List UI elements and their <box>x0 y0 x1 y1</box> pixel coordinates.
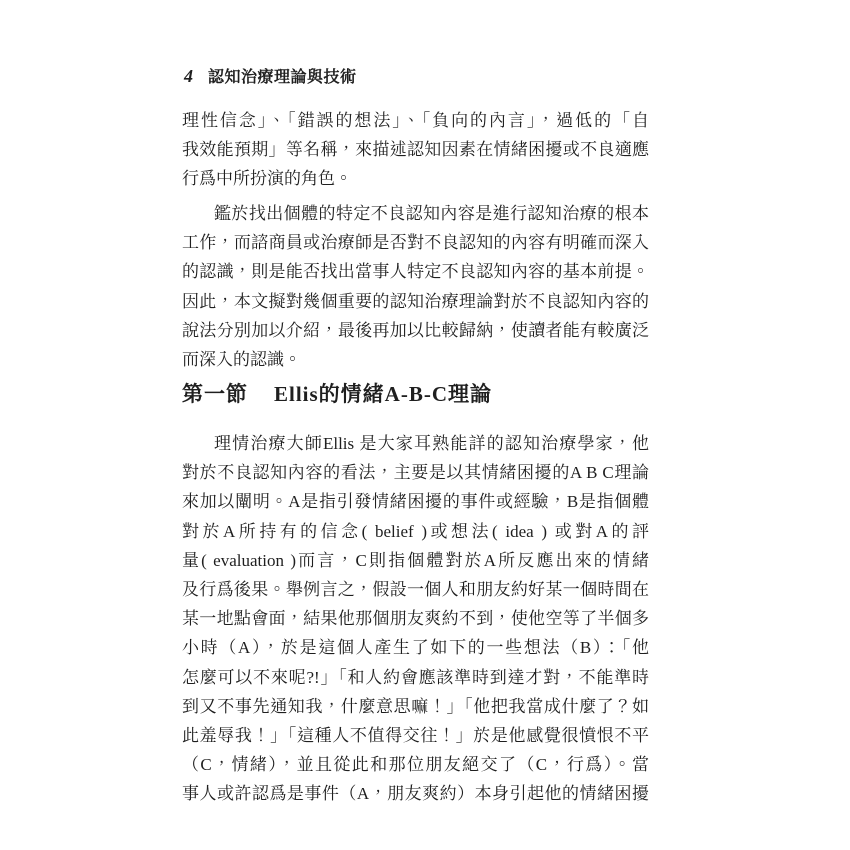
text-line: 理情治療大師Ellis 是大家耳熟能詳的認知治療學家，他 <box>182 429 649 458</box>
text-line: 小時（A），於是這個人產生了如下的一些想法（B）：「他 <box>182 633 649 662</box>
text-line: （C，情緒），並且從此和那位朋友絕交了（C，行爲）。當 <box>182 750 649 779</box>
paragraph-ellis-abc: 理情治療大師Ellis 是大家耳熟能詳的認知治療學家，他對於不良認知內容的看法，… <box>182 429 649 808</box>
text-line: 對於不良認知內容的看法，主要是以其情緒困擾的A B C理論 <box>182 458 649 487</box>
paragraph-intro: 鑑於找出個體的特定不良認知內容是進行認知治療的根本工作，而諮商員或治療師是否對不… <box>182 199 649 374</box>
text-line: 行爲中所扮演的角色。 <box>182 164 649 193</box>
text-line: 及行爲後果。舉例言之，假設一個人和朋友約好某一個時間在 <box>182 575 649 604</box>
text-line: 因此，本文擬對幾個重要的認知治療理論對於不良認知內容的 <box>182 287 649 316</box>
text-line: 我效能預期」等名稱，來描述認知因素在情緒困擾或不良適應 <box>182 135 649 164</box>
text-line: 量( evaluation )而言，C則指個體對於A所反應出來的情緒 <box>182 546 649 575</box>
text-line: 到又不事先通知我，什麼意思嘛！」「他把我當成什麼了？如 <box>182 692 649 721</box>
text-line: 而深入的認識。 <box>182 345 649 374</box>
text-line: 說法分別加以介紹，最後再加以比較歸納，使讀者能有較廣泛 <box>182 316 649 345</box>
section-title: Ellis的情緒A-B-C理論 <box>274 382 492 406</box>
text-line: 工作，而諮商員或治療師是否對不良認知的內容有明確而深入 <box>182 228 649 257</box>
book-title: 認知治療理論與技術 <box>208 64 357 87</box>
scanned-book-page: 4 認知治療理論與技術 理性信念」、「錯誤的想法」、「負向的內言」，過低的「自我… <box>0 0 850 850</box>
text-line: 來加以闡明。A是指引發情緒困擾的事件或經驗，B是指個體 <box>182 487 649 516</box>
text-line: 此羞辱我！」「這種人不值得交往！」於是他感覺很憤恨不平 <box>182 721 649 750</box>
section-heading: 第一節Ellis的情緒A-B-C理論 <box>182 379 492 409</box>
text-line: 對於A所持有的信念( belief )或想法( idea ) 或對A的評 <box>182 517 649 546</box>
text-line: 的認識，則是能否找出當事人特定不良認知內容的基本前提。 <box>182 257 649 286</box>
paragraph-continued: 理性信念」、「錯誤的想法」、「負向的內言」，過低的「自我效能預期」等名稱，來描述… <box>182 106 649 194</box>
text-line: 理性信念」、「錯誤的想法」、「負向的內言」，過低的「自 <box>182 106 649 135</box>
text-line: 某一地點會面，結果他那個朋友爽約不到，使他空等了半個多 <box>182 604 649 633</box>
page-number: 4 <box>184 66 193 87</box>
section-number: 第一節 <box>182 382 248 406</box>
text-line: 怎麼可以不來呢?!」「和人約會應該準時到達才對，不能準時 <box>182 663 649 692</box>
running-head: 4 認知治療理論與技術 <box>184 64 357 87</box>
text-line: 鑑於找出個體的特定不良認知內容是進行認知治療的根本 <box>182 199 649 228</box>
text-line: 事人或許認爲是事件（A，朋友爽約）本身引起他的情緒困擾 <box>182 779 649 808</box>
